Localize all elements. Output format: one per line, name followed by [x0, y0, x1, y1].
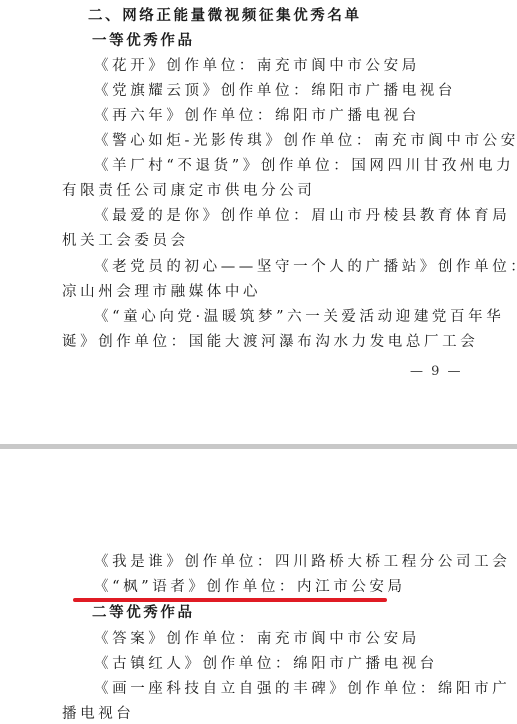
award-line: 《党旗耀云顶》创作单位：绵阳市广播电视台: [94, 81, 456, 101]
document-page-10: 《我是谁》创作单位：四川路桥大桥工程分公司工会 《“枫”语者》创作单位：内江市公…: [0, 449, 517, 724]
highlight-underline: [73, 598, 387, 602]
award-line: 《羊厂村“不退货”》创作单位：国网四川甘孜州电力: [94, 156, 514, 176]
award-line-continued: 机关工会委员会: [62, 231, 189, 251]
award-line: 《老党员的初心——坚守一个人的广播站》创作单位：: [94, 257, 517, 277]
award-line: 《最爱的是你》创作单位：眉山市丹棱县教育体育局: [94, 206, 510, 226]
award-line-continued: 凉山州会理市融媒体中心: [62, 282, 261, 302]
award-line: 《“童心向党·温暖筑梦”六一关爱活动迎建党百年华: [94, 307, 504, 327]
award-line: 《我是谁》创作单位：四川路桥大桥工程分公司工会: [94, 552, 510, 572]
award-line: 《画一座科技自立自强的丰碑》创作单位：绵阳市广: [94, 679, 510, 699]
award-line: 《古镇红人》创作单位：绵阳市广播电视台: [94, 654, 438, 674]
first-prize-heading: 一等优秀作品: [92, 31, 195, 51]
page-number: — 9 —: [410, 364, 463, 379]
award-line-continued: 播电视台: [62, 704, 134, 724]
award-line-continued: 有限责任公司康定市供电分公司: [62, 181, 315, 201]
award-line: 《警心如炬-光影传琪》创作单位：南充市阆中市公安局: [94, 131, 517, 151]
award-line: 《答案》创作单位：南充市阆中市公安局: [94, 629, 420, 649]
section-title: 二、网络正能量微视频征集优秀名单: [88, 6, 362, 26]
award-line-continued: 诞》创作单位：国能大渡河瀑布沟水力发电总厂工会: [62, 332, 478, 352]
award-line: 《花开》创作单位：南充市阆中市公安局: [94, 56, 420, 76]
award-line: 《再六年》创作单位：绵阳市广播电视台: [94, 106, 420, 126]
document-page-9: 二、网络正能量微视频征集优秀名单 一等优秀作品 《花开》创作单位：南充市阆中市公…: [0, 0, 517, 444]
award-line-highlighted: 《“枫”语者》创作单位：内江市公安局: [94, 577, 406, 597]
second-prize-heading: 二等优秀作品: [92, 603, 195, 623]
